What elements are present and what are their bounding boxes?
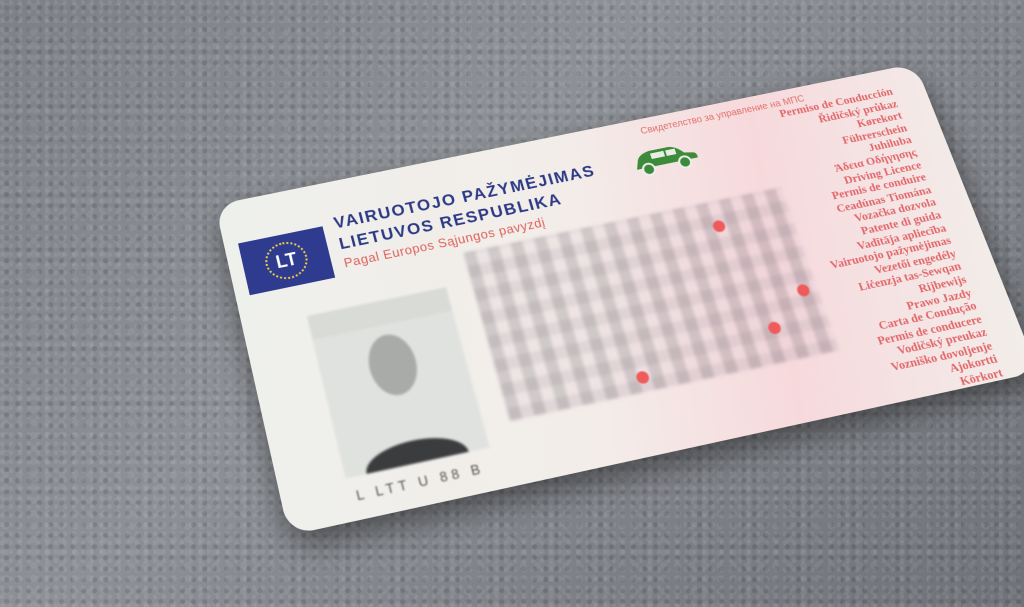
driving-licence-card: LT VAIRUOTOJO PAŽYMĖJIMAS LIETUVOS RESPU… [215,63,1024,535]
eu-flag-badge: LT [238,226,335,295]
eu-stars-icon [261,238,311,283]
car-icon [627,137,703,180]
holder-photo-redacted [307,287,490,478]
language-list: Permiso de ConducciónŘidičský průkazKøre… [774,86,1005,407]
